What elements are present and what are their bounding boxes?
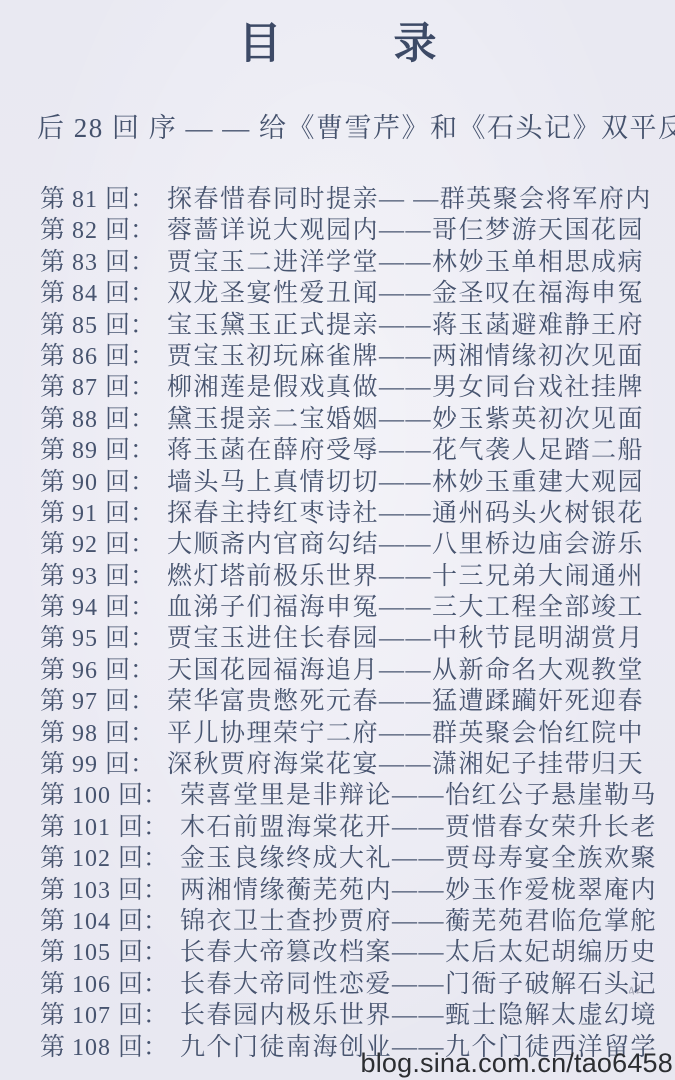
chapter-prefix: 第 xyxy=(40,908,65,935)
chapter-prefix: 第 xyxy=(40,720,65,747)
toc-row: 第92回：大顺斋内官商勾结——八里桥边庙会游乐 xyxy=(40,529,675,560)
chapter-title: 蒋玉菡在薛府受辱——花气袭人足踏二船 xyxy=(167,437,644,464)
chapter-prefix: 第 xyxy=(40,1034,65,1061)
toc-row: 第84回：双龙圣宴性爱丑闻——金圣叹在福海申冤 xyxy=(40,278,675,309)
chapter-title: 大顺斋内官商勾结——八里桥边庙会游乐 xyxy=(167,531,644,558)
chapter-prefix: 第 xyxy=(40,249,65,276)
chapter-title: 贾宝玉初玩麻雀牌——两湘情缘初次见面 xyxy=(167,343,644,370)
chapter-title: 宝玉黛玉正式提亲——蒋玉菡避难静王府 xyxy=(167,312,644,339)
chapter-number: 89 xyxy=(72,438,98,464)
chapter-number: 102 xyxy=(72,846,111,872)
chapter-number: 105 xyxy=(72,940,111,966)
chapter-prefix: 第 xyxy=(40,374,65,401)
chapter-title: 两湘情缘蘅芜苑内——妙玉作爱栊翠庵内 xyxy=(180,877,657,904)
chapter-suffix: 回： xyxy=(105,374,155,401)
toc-row: 第98回：平儿协理荣宁二府——群英聚会怡红院中 xyxy=(40,718,675,749)
chapter-number: 96 xyxy=(72,658,98,684)
chapter-prefix: 第 xyxy=(40,594,65,621)
toc-row: 第106回：长春大帝同性恋爱——门衙子破解石头记 xyxy=(40,969,675,1000)
chapter-prefix: 第 xyxy=(40,186,65,213)
chapter-suffix: 回： xyxy=(105,406,155,433)
chapter-title: 蓉蔷详说大观园内——哥仨梦游天国花园 xyxy=(167,217,644,244)
toc-row: 第107回：长春园内极乐世界——甄士隐解太虚幻境 xyxy=(40,1000,675,1031)
chapter-number: 81 xyxy=(72,187,98,213)
chapter-prefix: 第 xyxy=(40,500,65,527)
chapter-title: 黛玉提亲二宝婚姻——妙玉紫英初次见面 xyxy=(167,406,644,433)
chapter-title: 金玉良缘终成大礼——贾母寿宴全族欢聚 xyxy=(180,845,657,872)
chapter-suffix: 回： xyxy=(105,688,155,715)
scanned-book-page: 目 录 后 28 回 序 — — 给《曹雪芹》和《石头记》双平反 第81回：探春… xyxy=(0,0,675,1080)
page-title: 目 录 xyxy=(0,10,675,71)
chapter-prefix: 第 xyxy=(40,877,65,904)
chapter-number: 88 xyxy=(72,407,98,433)
chapter-title: 血涕子们福海申冤——三大工程全部竣工 xyxy=(167,594,644,621)
chapter-suffix: 回： xyxy=(105,469,155,496)
chapter-suffix: 回： xyxy=(105,437,155,464)
chapter-suffix: 回： xyxy=(105,249,155,276)
chapter-prefix: 第 xyxy=(40,531,65,558)
chapter-suffix: 回： xyxy=(105,625,155,652)
chapter-prefix: 第 xyxy=(40,814,65,841)
chapter-suffix: 回： xyxy=(105,217,155,244)
chapter-suffix: 回： xyxy=(105,531,155,558)
chapter-suffix: 回： xyxy=(105,343,155,370)
chapter-title: 柳湘莲是假戏真做——男女同台戏社挂牌 xyxy=(167,374,644,401)
chapter-suffix: 回： xyxy=(118,782,168,809)
chapter-number: 106 xyxy=(72,972,111,998)
chapter-suffix: 回： xyxy=(105,657,155,684)
toc-row: 第94回：血涕子们福海申冤——三大工程全部竣工 xyxy=(40,592,675,623)
chapter-number: 100 xyxy=(72,783,111,809)
toc-row: 第83回：贾宝玉二进洋学堂——林妙玉单相思成病 xyxy=(40,247,675,278)
chapter-prefix: 第 xyxy=(40,845,65,872)
page-title-char-2: 录 xyxy=(394,10,437,71)
toc-row: 第99回：深秋贾府海棠花宴——潇湘妃子挂带归天 xyxy=(40,749,675,780)
chapter-suffix: 回： xyxy=(105,186,155,213)
chapter-title: 平儿协理荣宁二府——群英聚会怡红院中 xyxy=(167,720,644,747)
toc-row: 第102回：金玉良缘终成大礼——贾母寿宴全族欢聚 xyxy=(40,843,675,874)
chapter-suffix: 回： xyxy=(118,1034,168,1061)
chapter-number: 83 xyxy=(72,250,98,276)
toc-row: 第81回：探春惜春同时提亲— —群英聚会将军府内 xyxy=(40,184,675,215)
toc-row: 第91回：探春主持红枣诗社——通州码头火树银花 xyxy=(40,498,675,529)
chapter-suffix: 回： xyxy=(105,312,155,339)
chapter-number: 91 xyxy=(72,501,98,527)
chapter-title: 长春大帝篡改档案——太后太妃胡编历史 xyxy=(180,939,657,966)
chapter-prefix: 第 xyxy=(40,688,65,715)
chapter-prefix: 第 xyxy=(40,312,65,339)
chapter-number: 92 xyxy=(72,532,98,558)
toc-row: 第101回：木石前盟海棠花开——贾惜春女荣升长老 xyxy=(40,812,675,843)
chapter-title: 荣喜堂里是非辩论——怡红公子悬崖勒马 xyxy=(180,782,657,809)
chapter-suffix: 回： xyxy=(105,563,155,590)
chapter-number: 101 xyxy=(72,815,111,841)
chapter-number: 85 xyxy=(72,313,98,339)
chapter-suffix: 回： xyxy=(118,1002,168,1029)
chapter-suffix: 回： xyxy=(118,971,168,998)
chapter-number: 97 xyxy=(72,689,98,715)
chapter-title: 贾宝玉二进洋学堂——林妙玉单相思成病 xyxy=(167,249,644,276)
chapter-prefix: 第 xyxy=(40,469,65,496)
toc-row: 第85回：宝玉黛玉正式提亲——蒋玉菡避难静王府 xyxy=(40,310,675,341)
chapter-prefix: 第 xyxy=(40,971,65,998)
chapter-prefix: 第 xyxy=(40,939,65,966)
chapter-title: 贾宝玉进住长春园——中秋节昆明湖赏月 xyxy=(167,625,644,652)
chapter-number: 103 xyxy=(72,878,111,904)
chapter-title: 燃灯塔前极乐世界——十三兄弟大闹通州 xyxy=(167,563,644,590)
toc-row: 第90回：墙头马上真情切切——林妙玉重建大观园 xyxy=(40,467,675,498)
chapter-prefix: 第 xyxy=(40,437,65,464)
chapter-prefix: 第 xyxy=(40,343,65,370)
chapter-suffix: 回： xyxy=(105,751,155,778)
chapter-title: 墙头马上真情切切——林妙玉重建大观园 xyxy=(167,469,644,496)
chapter-suffix: 回： xyxy=(118,814,168,841)
toc-row: 第87回：柳湘莲是假戏真做——男女同台戏社挂牌 xyxy=(40,372,675,403)
toc-row: 第97回：荣华富贵憋死元春——猛遭蹂躏奸死迎春 xyxy=(40,686,675,717)
chapter-suffix: 回： xyxy=(105,500,155,527)
chapter-title: 荣华富贵憋死元春——猛遭蹂躏奸死迎春 xyxy=(167,688,644,715)
chapter-prefix: 第 xyxy=(40,751,65,778)
chapter-number: 82 xyxy=(72,218,98,244)
blog-watermark: blog.sina.com.cn/tao6458 xyxy=(360,1048,673,1079)
toc-row: 第93回：燃灯塔前极乐世界——十三兄弟大闹通州 xyxy=(40,561,675,592)
chapter-suffix: 回： xyxy=(118,939,168,966)
chapter-prefix: 第 xyxy=(40,657,65,684)
chapter-number: 93 xyxy=(72,564,98,590)
chapter-title: 探春惜春同时提亲— —群英聚会将军府内 xyxy=(167,186,652,213)
chapter-number: 107 xyxy=(72,1003,111,1029)
chapter-suffix: 回： xyxy=(118,877,168,904)
chapter-title: 木石前盟海棠花开——贾惜春女荣升长老 xyxy=(180,814,657,841)
toc-row: 第105回：长春大帝篡改档案——太后太妃胡编历史 xyxy=(40,937,675,968)
toc-row: 第96回：天国花园福海追月——从新命名大观教堂 xyxy=(40,655,675,686)
toc-row: 第82回：蓉蔷详说大观园内——哥仨梦游天国花园 xyxy=(40,215,675,246)
page-title-char-1: 目 xyxy=(239,10,282,71)
chapter-title: 双龙圣宴性爱丑闻——金圣叹在福海申冤 xyxy=(167,280,644,307)
toc-row: 第95回：贾宝玉进住长春园——中秋节昆明湖赏月 xyxy=(40,623,675,654)
toc-list: 第81回：探春惜春同时提亲— —群英聚会将军府内第82回：蓉蔷详说大观园内——哥… xyxy=(40,184,675,1063)
chapter-number: 94 xyxy=(72,595,98,621)
toc-row: 第103回：两湘情缘蘅芜苑内——妙玉作爱栊翠庵内 xyxy=(40,875,675,906)
chapter-title: 长春园内极乐世界——甄士隐解太虚幻境 xyxy=(180,1002,657,1029)
chapter-number: 87 xyxy=(72,375,98,401)
chapter-suffix: 回： xyxy=(105,280,155,307)
chapter-number: 86 xyxy=(72,344,98,370)
chapter-title: 深秋贾府海棠花宴——潇湘妃子挂带归天 xyxy=(167,751,644,778)
chapter-prefix: 第 xyxy=(40,1002,65,1029)
chapter-number: 98 xyxy=(72,721,98,747)
chapter-suffix: 回： xyxy=(105,720,155,747)
preface-line: 后 28 回 序 — — 给《曹雪芹》和《石头记》双平反 xyxy=(37,106,665,145)
chapter-title: 天国花园福海追月——从新命名大观教堂 xyxy=(167,657,644,684)
toc-row: 第100回：荣喜堂里是非辩论——怡红公子悬崖勒马 xyxy=(40,780,675,811)
toc-row: 第89回：蒋玉菡在薛府受辱——花气袭人足踏二船 xyxy=(40,435,675,466)
chapter-number: 104 xyxy=(72,909,111,935)
toc-row: 第88回：黛玉提亲二宝婚姻——妙玉紫英初次见面 xyxy=(40,404,675,435)
chapter-suffix: 回： xyxy=(105,594,155,621)
chapter-number: 84 xyxy=(72,281,98,307)
chapter-title: 长春大帝同性恋爱——门衙子破解石头记 xyxy=(180,971,657,998)
chapter-number: 90 xyxy=(72,470,98,496)
chapter-prefix: 第 xyxy=(40,217,65,244)
chapter-suffix: 回： xyxy=(118,845,168,872)
chapter-number: 99 xyxy=(72,752,98,778)
chapter-prefix: 第 xyxy=(40,625,65,652)
chapter-prefix: 第 xyxy=(40,782,65,809)
chapter-title: 锦衣卫士查抄贾府——蘅芜苑君临危掌舵 xyxy=(180,908,657,935)
chapter-prefix: 第 xyxy=(40,406,65,433)
chapter-suffix: 回： xyxy=(118,908,168,935)
toc-row: 第86回：贾宝玉初玩麻雀牌——两湘情缘初次见面 xyxy=(40,341,675,372)
chapter-title: 探春主持红枣诗社——通州码头火树银花 xyxy=(167,500,644,527)
chapter-number: 108 xyxy=(72,1035,111,1061)
toc-row: 第104回：锦衣卫士查抄贾府——蘅芜苑君临危掌舵 xyxy=(40,906,675,937)
chapter-number: 95 xyxy=(72,626,98,652)
chapter-prefix: 第 xyxy=(40,563,65,590)
chapter-prefix: 第 xyxy=(40,280,65,307)
